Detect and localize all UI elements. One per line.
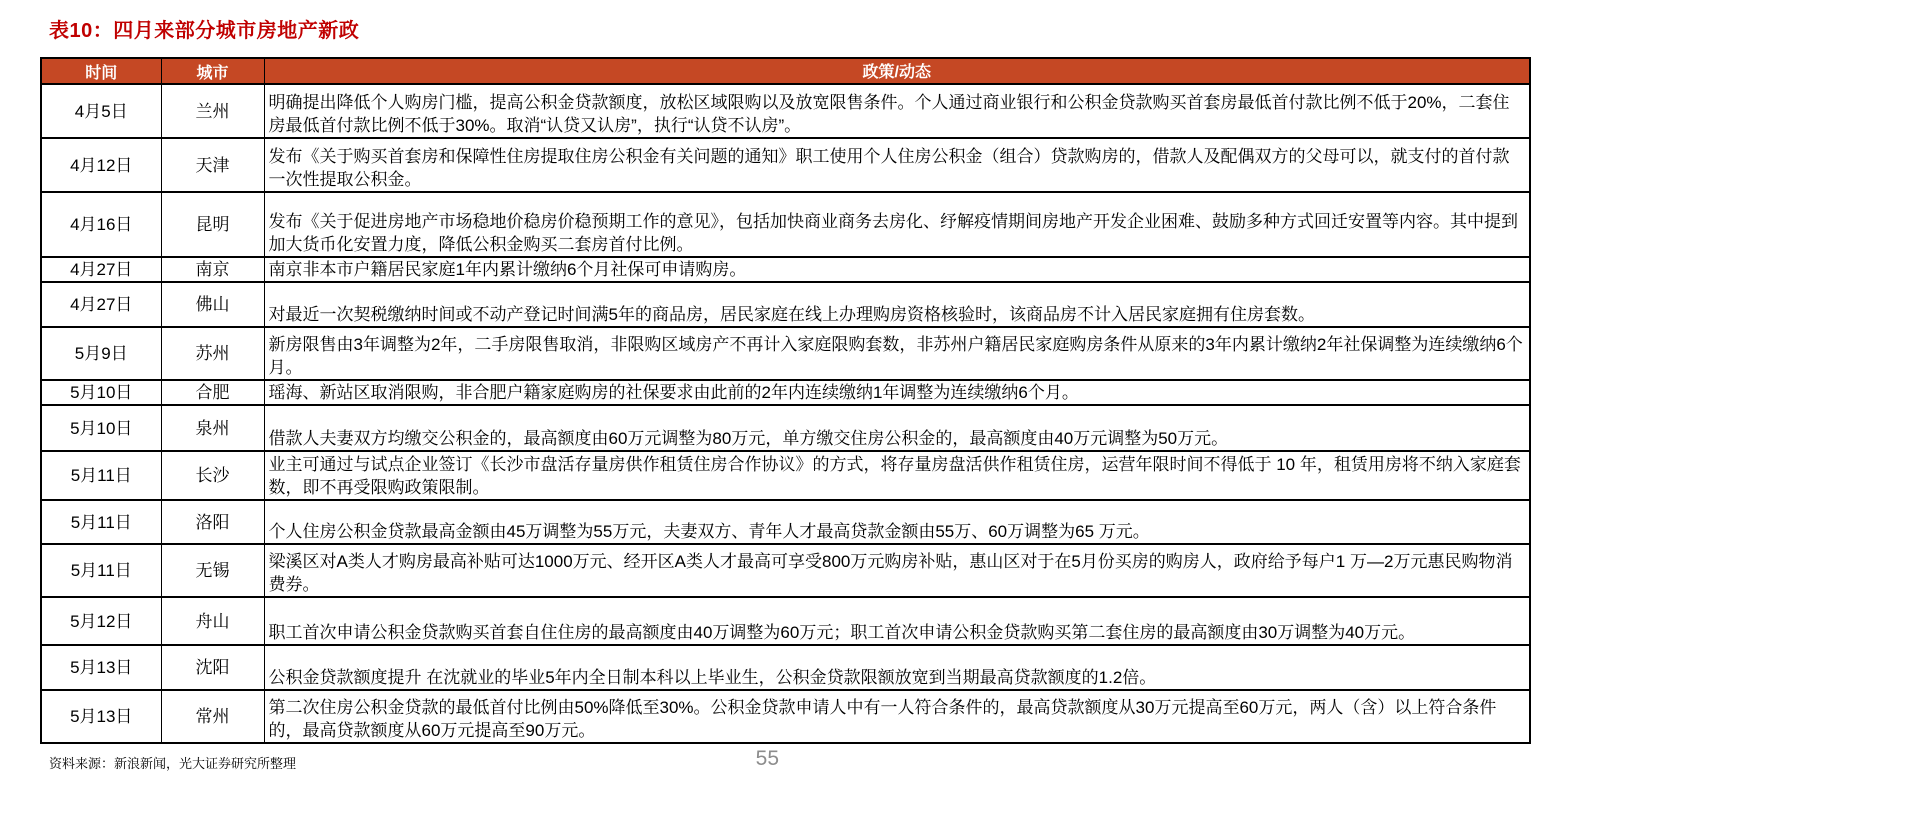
- row-date: 5月13日: [41, 645, 161, 690]
- row-city: 洛阳: [161, 500, 264, 544]
- row-policy: 第二次住房公积金贷款的最低首付比例由50%降低至30%。公积金贷款申请人中有一人…: [264, 690, 1530, 743]
- table-row: 5月11日 洛阳 个人住房公积金贷款最高金额由45万调整为55万元，夫妻双方、青…: [41, 500, 1530, 544]
- table-row: 5月12日 舟山 职工首次申请公积金贷款购买首套自住住房的最高额度由40万调整为…: [41, 597, 1530, 645]
- row-policy: 发布《关于购买首套房和保障性住房提取住房公积金有关问题的通知》职工使用个人住房公…: [264, 138, 1530, 192]
- report-page: 表10：四月来部分城市房地产新政 时间 城市 政策/动态 4月5日 兰州 明确提…: [40, 14, 1531, 783]
- row-policy: 明确提出降低个人购房门槛，提高公积金贷款额度，放松区域限购以及放宽限售条件。个人…: [264, 84, 1530, 138]
- policy-table: 时间 城市 政策/动态 4月5日 兰州 明确提出降低个人购房门槛，提高公积金贷款…: [40, 57, 1531, 744]
- row-city: 兰州: [161, 84, 264, 138]
- row-date: 5月10日: [41, 380, 161, 405]
- table-row: 4月5日 兰州 明确提出降低个人购房门槛，提高公积金贷款额度，放松区域限购以及放…: [41, 84, 1530, 138]
- page-number: 55: [756, 747, 779, 771]
- row-date: 4月27日: [41, 257, 161, 282]
- table-row: 4月27日 南京 南京非本市户籍居民家庭1年内累计缴纳6个月社保可申请购房。: [41, 257, 1530, 282]
- table-row: 4月16日 昆明 发布《关于促进房地产市场稳地价稳房价稳预期工作的意见》，包括加…: [41, 192, 1530, 257]
- table-row: 5月13日 常州 第二次住房公积金贷款的最低首付比例由50%降低至30%。公积金…: [41, 690, 1530, 743]
- row-date: 5月12日: [41, 597, 161, 645]
- table-header-row: 时间 城市 政策/动态: [41, 58, 1530, 84]
- row-date: 5月11日: [41, 451, 161, 500]
- row-date: 5月10日: [41, 405, 161, 451]
- table-row: 5月10日 合肥 瑶海、新站区取消限购，非合肥户籍家庭购房的社保要求由此前的2年…: [41, 380, 1530, 405]
- row-date: 5月11日: [41, 500, 161, 544]
- row-policy: 业主可通过与试点企业签订《长沙市盘活存量房供作租赁住房合作协议》的方式，将存量房…: [264, 451, 1530, 500]
- table-row: 4月12日 天津 发布《关于购买首套房和保障性住房提取住房公积金有关问题的通知》…: [41, 138, 1530, 192]
- row-policy: 新房限售由3年调整为2年，二手房限售取消，非限购区域房产不再计入家庭限购套数，非…: [264, 327, 1530, 380]
- row-date: 5月11日: [41, 544, 161, 597]
- table-title: 表10：四月来部分城市房地产新政: [40, 14, 1531, 43]
- header-time: 时间: [41, 58, 161, 84]
- header-city: 城市: [161, 58, 264, 84]
- table-row: 5月11日 无锡 梁溪区对A类人才购房最高补贴可达1000万元、经开区A类人才最…: [41, 544, 1530, 597]
- row-city: 天津: [161, 138, 264, 192]
- row-policy: 对最近一次契税缴纳时间或不动产登记时间满5年的商品房，居民家庭在线上办理购房资格…: [264, 282, 1530, 327]
- row-policy: 借款人夫妻双方均缴交公积金的，最高额度由60万元调整为80万元，单方缴交住房公积…: [264, 405, 1530, 451]
- row-city: 合肥: [161, 380, 264, 405]
- page-footer: 资料来源：新浪新闻，光大证券研究所整理 55: [40, 753, 1531, 783]
- row-city: 苏州: [161, 327, 264, 380]
- row-date: 5月13日: [41, 690, 161, 743]
- row-policy: 职工首次申请公积金贷款购买首套自住住房的最高额度由40万调整为60万元；职工首次…: [264, 597, 1530, 645]
- row-date: 4月12日: [41, 138, 161, 192]
- table-row: 5月10日 泉州 借款人夫妻双方均缴交公积金的，最高额度由60万元调整为80万元…: [41, 405, 1530, 451]
- row-date: 5月9日: [41, 327, 161, 380]
- row-policy: 公积金贷款额度提升 在沈就业的毕业5年内全日制本科以上毕业生，公积金贷款限额放宽…: [264, 645, 1530, 690]
- table-row: 5月9日 苏州 新房限售由3年调整为2年，二手房限售取消，非限购区域房产不再计入…: [41, 327, 1530, 380]
- row-city: 常州: [161, 690, 264, 743]
- row-city: 昆明: [161, 192, 264, 257]
- row-policy: 瑶海、新站区取消限购，非合肥户籍家庭购房的社保要求由此前的2年内连续缴纳1年调整…: [264, 380, 1530, 405]
- row-city: 舟山: [161, 597, 264, 645]
- row-city: 无锡: [161, 544, 264, 597]
- row-policy: 发布《关于促进房地产市场稳地价稳房价稳预期工作的意见》，包括加快商业商务去房化、…: [264, 192, 1530, 257]
- row-date: 4月5日: [41, 84, 161, 138]
- row-policy: 南京非本市户籍居民家庭1年内累计缴纳6个月社保可申请购房。: [264, 257, 1530, 282]
- row-policy: 个人住房公积金贷款最高金额由45万调整为55万元，夫妻双方、青年人才最高贷款金额…: [264, 500, 1530, 544]
- row-date: 4月27日: [41, 282, 161, 327]
- row-city: 南京: [161, 257, 264, 282]
- table-row: 4月27日 佛山 对最近一次契税缴纳时间或不动产登记时间满5年的商品房，居民家庭…: [41, 282, 1530, 327]
- row-date: 4月16日: [41, 192, 161, 257]
- row-city: 佛山: [161, 282, 264, 327]
- header-policy: 政策/动态: [264, 58, 1530, 84]
- row-policy: 梁溪区对A类人才购房最高补贴可达1000万元、经开区A类人才最高可享受800万元…: [264, 544, 1530, 597]
- row-city: 泉州: [161, 405, 264, 451]
- row-city: 沈阳: [161, 645, 264, 690]
- table-row: 5月11日 长沙 业主可通过与试点企业签订《长沙市盘活存量房供作租赁住房合作协议…: [41, 451, 1530, 500]
- row-city: 长沙: [161, 451, 264, 500]
- table-row: 5月13日 沈阳 公积金贷款额度提升 在沈就业的毕业5年内全日制本科以上毕业生，…: [41, 645, 1530, 690]
- source-note: 资料来源：新浪新闻，光大证券研究所整理: [40, 756, 296, 771]
